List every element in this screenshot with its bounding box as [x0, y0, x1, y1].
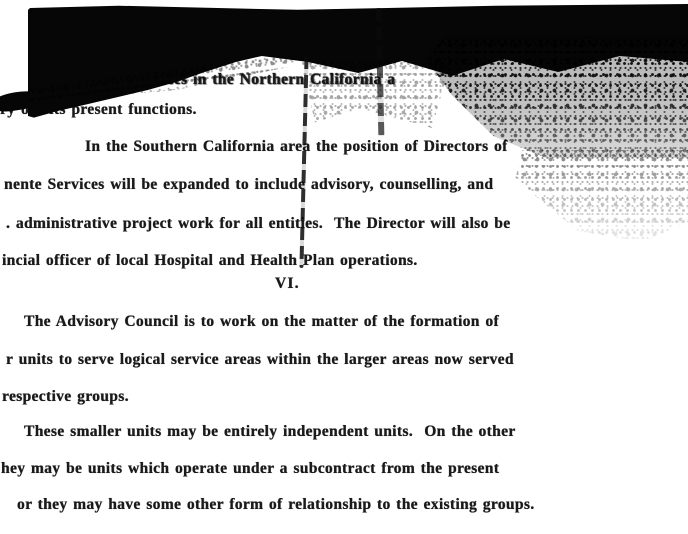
text-line-present-functions: ry out its present functions. — [0, 102, 197, 118]
text-line-smaller-units: These smaller units may be entirely inde… — [24, 424, 516, 440]
text-line-respective-groups: respective groups. — [2, 389, 129, 405]
text-line-advisory-council: The Advisory Council is to work on the m… — [24, 314, 499, 330]
text-line-financial-officer: incial officer of local Hospital and Hea… — [2, 253, 418, 269]
text-line-administrative: . administrative project work for all en… — [6, 216, 510, 232]
text-line-subcontract: hey may be units which operate under a s… — [1, 461, 499, 477]
text-line-other-relationship: or they may have some other form of rela… — [17, 497, 534, 513]
text-line-southern-california: In the Southern California area the posi… — [85, 139, 508, 155]
ink-speckle-sparse-right — [512, 150, 688, 242]
text-line-service-areas: r units to serve logical service areas w… — [6, 352, 514, 368]
scanned-document-page: te Services in the Northern California a… — [0, 0, 688, 534]
ink-speckle-middle — [300, 58, 450, 128]
section-heading-vi: VI. — [275, 276, 300, 292]
text-line-obscured-northern-california: te Services in the Northern California a — [112, 72, 395, 88]
text-line-nente-services: nente Services will be expanded to inclu… — [4, 177, 493, 193]
